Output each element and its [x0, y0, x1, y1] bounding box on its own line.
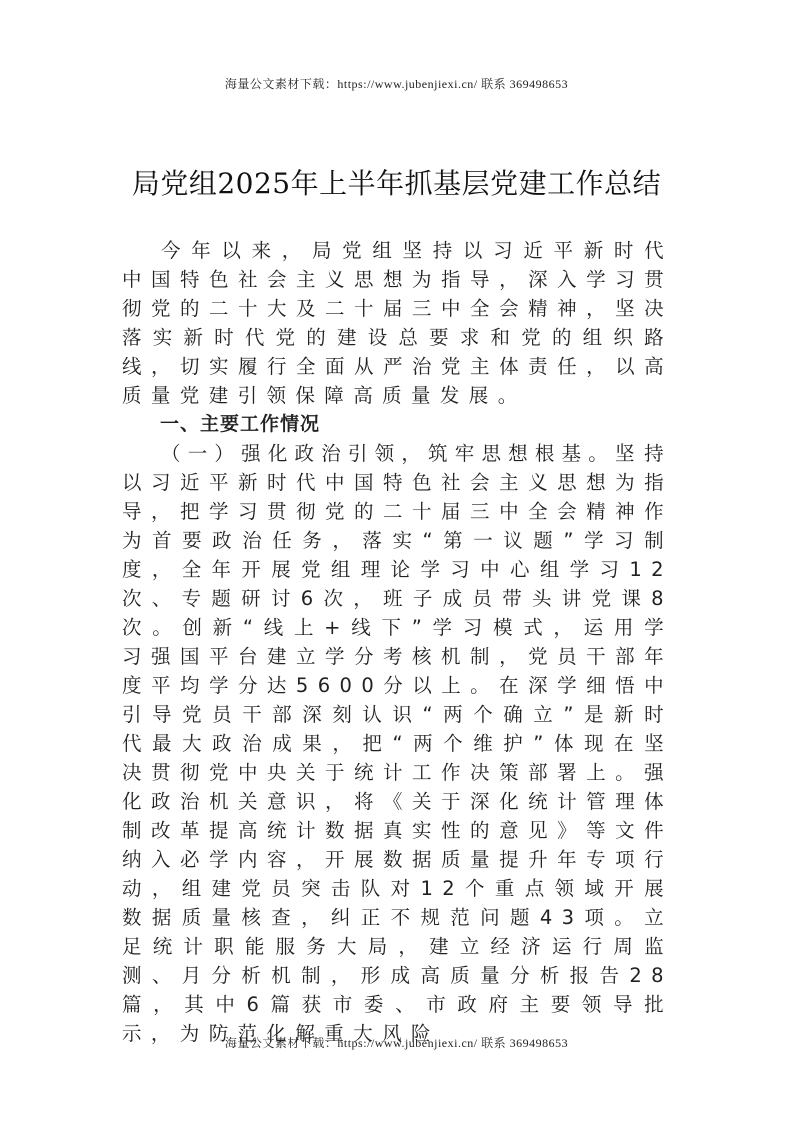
- header-watermark: 海量公文素材下载：https://www.jubenjiexi.cn/ 联系 3…: [0, 75, 793, 92]
- footer-watermark: 海量公文素材下载：https://www.jubenjiexi.cn/ 联系 3…: [0, 1034, 793, 1051]
- section-heading: 一、主要工作情况: [122, 410, 673, 439]
- subsection-paragraph: （一）强化政治引领，筑牢思想根基。坚持以习近平新时代中国特色社会主义思想为指导，…: [122, 439, 673, 1048]
- subsection-lead: （一）强化政治引领，筑牢思想根基。: [161, 442, 615, 465]
- intro-paragraph: 今年以来，局党组坚持以习近平新时代中国特色社会主义思想为指导，深入学习贯彻党的二…: [122, 236, 673, 410]
- document-body: 今年以来，局党组坚持以习近平新时代中国特色社会主义思想为指导，深入学习贯彻党的二…: [122, 236, 673, 1048]
- subsection-body: 坚持以习近平新时代中国特色社会主义思想为指导，把学习贯彻党的二十届三中全会精神作…: [122, 442, 673, 1045]
- document-title: 局党组2025年上半年抓基层党建工作总结: [0, 162, 793, 202]
